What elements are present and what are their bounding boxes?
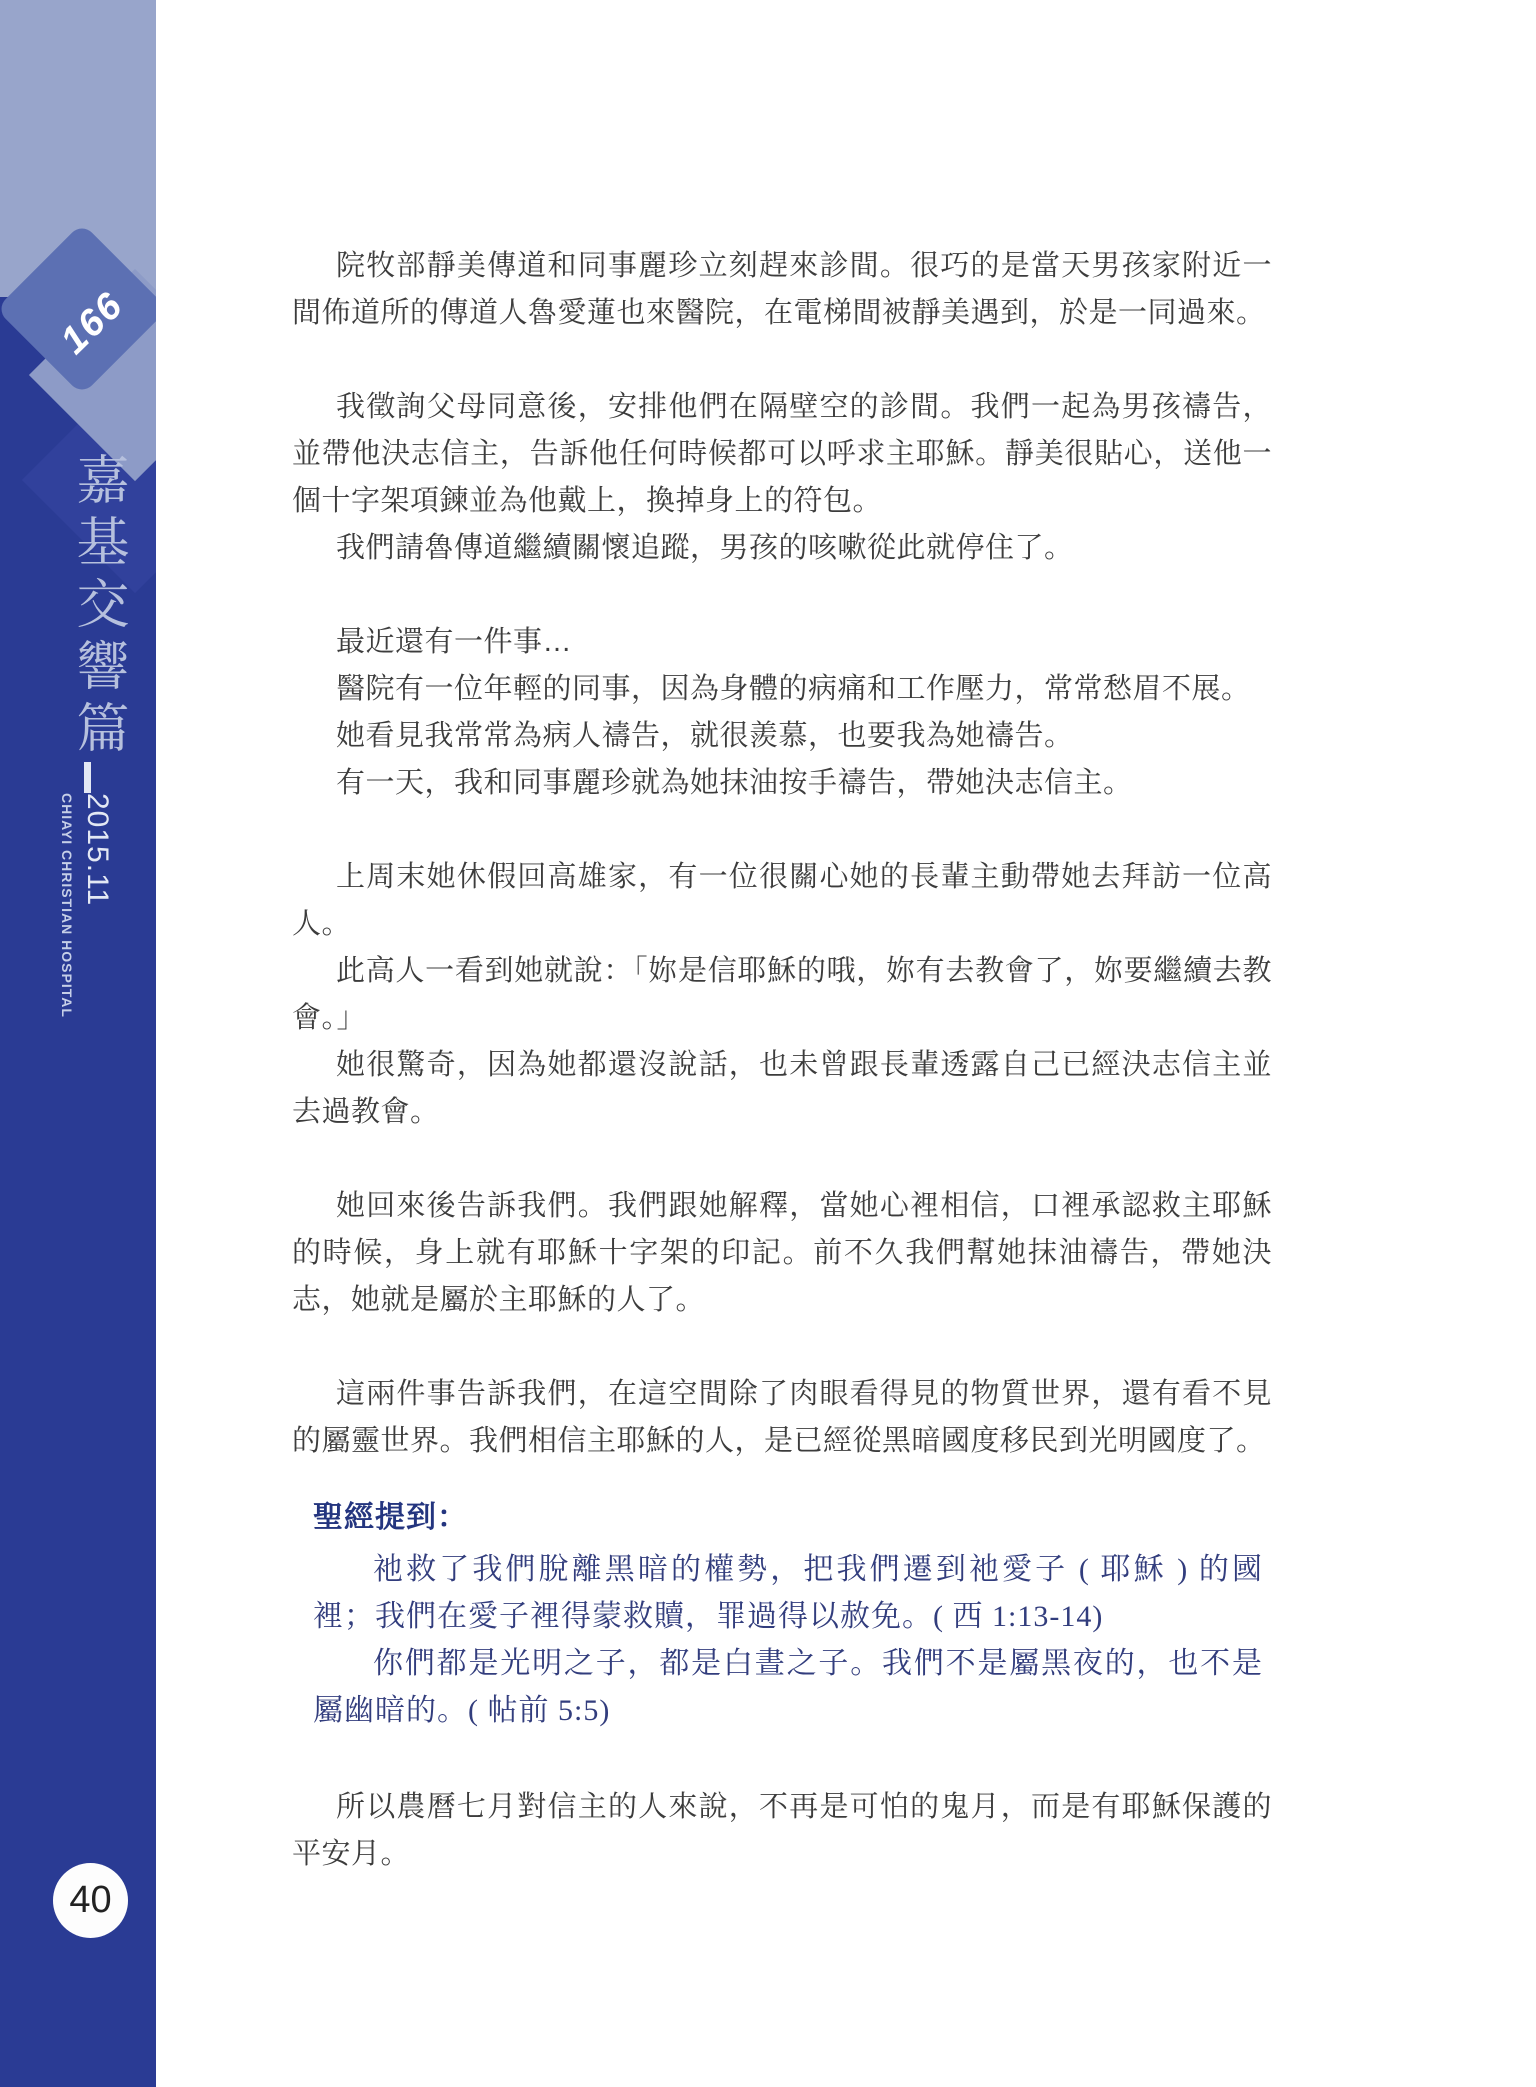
- paragraph: 這兩件事告訴我們，在這空間除了肉眼看得見的物質世界，還有看不見的屬靈世界。我們相…: [292, 1371, 1272, 1465]
- paragraph: 她看見我常常為病人禱告，就很羨慕，也要我為她禱告。: [292, 713, 1272, 760]
- date-separator-bar: [84, 762, 91, 793]
- hospital-name: CHIAYI CHRISTIAN HOSPITAL: [58, 793, 76, 1018]
- page-number: 40: [69, 1879, 111, 1922]
- paragraph: 她回來後告訴我們。我們跟她解釋，當她心裡相信，口裡承認救主耶穌的時候，身上就有耶…: [292, 1183, 1272, 1324]
- paragraph: 院牧部靜美傳道和同事麗珍立刻趕來診間。很巧的是當天男孩家附近一間佈道所的傳道人魯…: [292, 243, 1272, 337]
- date-block: 2015.11 CHIAYI CHRISTIAN HOSPITAL: [58, 793, 118, 1018]
- paragraph: 有一天，我和同事麗珍就為她抹油按手禱告，帶她決志信主。: [292, 760, 1272, 807]
- page-number-badge: 40: [53, 1863, 128, 1938]
- scripture-quotes: 祂救了我們脫離黑暗的權勢，把我們遷到祂愛子 ( 耶穌 ) 的國裡；我們在愛子裡得…: [313, 1546, 1263, 1734]
- scripture-heading: 聖經提到：: [313, 1494, 1272, 1541]
- paragraph: 上周末她休假回高雄家，有一位很關心她的長輩主動帶她去拜訪一位高人。: [292, 854, 1272, 948]
- scripture-quote: 你們都是光明之子，都是白晝之子。我們不是屬黑夜的，也不是屬幽暗的。( 帖前 5:…: [313, 1640, 1263, 1734]
- closing-paragraph: 所以農曆七月對信主的人來說，不再是可怕的鬼月，而是有耶穌保護的平安月。: [292, 1784, 1272, 1878]
- sidebar: 166 嘉基交響篇 2015.11 CHIAYI CHRISTIAN HOSPI…: [0, 0, 156, 2087]
- scripture-quote: 祂救了我們脫離黑暗的權勢，把我們遷到祂愛子 ( 耶穌 ) 的國裡；我們在愛子裡得…: [313, 1546, 1263, 1640]
- article-body: 院牧部靜美傳道和同事麗珍立刻趕來診間。很巧的是當天男孩家附近一間佈道所的傳道人魯…: [292, 0, 1272, 1878]
- paragraph: 醫院有一位年輕的同事，因為身體的病痛和工作壓力，常常愁眉不展。: [292, 666, 1272, 713]
- paragraph: 最近還有一件事…: [292, 619, 1272, 666]
- paragraph: 此高人一看到她就說：「妳是信耶穌的哦，妳有去教會了，妳要繼續去教會。」: [292, 948, 1272, 1042]
- paragraph: 她很驚奇，因為她都還沒說話，也未曾跟長輩透露自己已經決志信主並去過教會。: [292, 1042, 1272, 1136]
- paragraph: 我們請魯傳道繼續關懷追蹤，男孩的咳嗽從此就停住了。: [292, 525, 1272, 572]
- issue-date: 2015.11: [76, 793, 118, 1018]
- paragraph: 我徵詢父母同意後，安排他們在隔壁空的診間。我們一起為男孩禱告，並帶他決志信主，告…: [292, 384, 1272, 525]
- magazine-title-vertical: 嘉基交響篇: [60, 452, 136, 762]
